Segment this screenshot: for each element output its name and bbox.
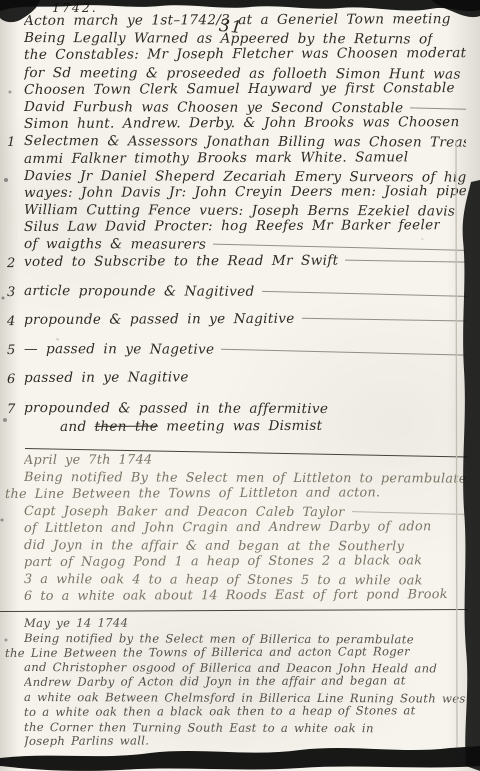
manuscript-line: Choosen Town Clerk Samuel Hayward ye fir… bbox=[24, 80, 466, 99]
manuscript-line: 6 passed in ye Nagitive bbox=[24, 368, 466, 387]
margin-number: 4 bbox=[7, 313, 16, 330]
line-text: Andrew Darby of Acton did Joyn in the af… bbox=[24, 674, 406, 690]
manuscript-line: of Littleton and John Cragin and Andrew … bbox=[24, 518, 466, 537]
manuscript-line: part of Nagog Pond 1 a heap of Stones 2 … bbox=[24, 552, 466, 571]
line-text: the Constables: Mr Joseph Fletcher was C… bbox=[24, 45, 466, 64]
edge-speck bbox=[5, 639, 8, 642]
manuscript-line: Joseph Parlins wall. bbox=[24, 732, 466, 749]
line-text: May ye 14 1744 bbox=[24, 616, 128, 631]
flourish-stroke bbox=[302, 318, 466, 322]
manuscript-line: 6 to a white oak about 14 Roods East of … bbox=[24, 586, 466, 605]
line-text: propounde & passed in ye Nagitive bbox=[24, 311, 295, 329]
line-text: the Line Between the Towns of Billerica … bbox=[5, 644, 410, 661]
line-text: 6 to a white oak about 14 Roods East of … bbox=[24, 586, 448, 605]
line-text: article propounde & Nagitived bbox=[24, 283, 255, 301]
edge-speck bbox=[3, 418, 7, 422]
manuscript-line: 5 — passed in ye Nagetive bbox=[24, 341, 466, 360]
section-april-1744-perambulation-littleton: April ye 7th 1744 Being notified By the … bbox=[24, 452, 466, 605]
margin-number: 1 bbox=[7, 134, 16, 151]
manuscript-line: the Constables: Mr Joseph Fletcher was C… bbox=[24, 45, 466, 64]
margin-number: 3 bbox=[7, 284, 16, 301]
section-divider bbox=[0, 609, 468, 612]
edge-speck bbox=[2, 297, 5, 300]
manuscript-line: 4 propounde & passed in ye Nagitive bbox=[24, 310, 466, 329]
section-may-1744-perambulation-billerica: May ye 14 1744 Being notified by the Sel… bbox=[24, 616, 466, 749]
margin-number: 2 bbox=[7, 255, 16, 272]
manuscript-line: the Line Between the Towns of Billerica … bbox=[5, 644, 466, 661]
manuscript-line: April ye 7th 1744 bbox=[24, 450, 466, 469]
line-text: April ye 7th 1744 bbox=[24, 451, 153, 469]
flourish-stroke bbox=[213, 244, 466, 251]
line-text: Joseph Parlins wall. bbox=[24, 734, 149, 749]
line-text: Acton march ye 1st–1742/3 at a Generiel … bbox=[24, 11, 451, 30]
line-text: ammi Falkner timothy Brooks mark White. … bbox=[24, 149, 408, 168]
line-text: and then the meeting was Dismist bbox=[60, 418, 323, 436]
manuscript-line: Andrew Darby of Acton did Joyn in the af… bbox=[24, 673, 466, 690]
manuscript-page: 1742. 31 Acton march ye 1st–1742/3 at a … bbox=[0, 0, 480, 771]
margin-number: 6 bbox=[7, 371, 16, 388]
line-text: passed in ye Nagitive bbox=[24, 370, 189, 388]
manuscript-line: May ye 14 1744 bbox=[24, 614, 466, 631]
edge-speck bbox=[4, 178, 8, 182]
line-text: the Line Between the Towns of Littleton … bbox=[5, 484, 380, 503]
line-text: Choosen Town Clerk Samuel Hayward ye fir… bbox=[24, 80, 455, 99]
line-text: propounded & passed in the affermitive bbox=[24, 400, 328, 418]
manuscript-line: 2 voted to Subscribe to the Read Mr Swif… bbox=[24, 252, 466, 271]
margin-number: 7 bbox=[7, 401, 16, 418]
line-text: Simon hunt. Andrew. Derby. & John Brooks… bbox=[24, 114, 460, 133]
margin-number: 5 bbox=[7, 342, 16, 359]
line-text: part of Nagog Pond 1 a heap of Stones 2 … bbox=[24, 552, 422, 571]
edge-speck bbox=[9, 91, 12, 94]
manuscript-line: wayes: John Davis Jr: John Creyin Deers … bbox=[24, 183, 466, 202]
manuscript-line: and then the meeting was Dismist bbox=[60, 417, 466, 436]
manuscript-line: ammi Falkner timothy Brooks mark White. … bbox=[24, 149, 466, 168]
line-text: of Littleton and John Cragin and Andrew … bbox=[24, 518, 432, 537]
manuscript-line: to a white oak then a black oak then to … bbox=[24, 703, 466, 720]
line-text: to a white oak then a black oak then to … bbox=[24, 703, 416, 720]
edge-speck bbox=[1, 519, 4, 522]
flourish-stroke bbox=[221, 349, 466, 356]
section-march-1742-town-meeting: Acton march ye 1st–1742/3 at a Generiel … bbox=[24, 13, 466, 436]
line-text: voted to Subscribe to the Read Mr Swift bbox=[24, 252, 338, 271]
line-text: Silus Law David Procter: hog Reefes Mr B… bbox=[24, 217, 440, 236]
flourish-stroke bbox=[352, 511, 466, 515]
flourish-stroke bbox=[345, 259, 466, 262]
manuscript-line: Silus Law David Procter: hog Reefes Mr B… bbox=[24, 217, 466, 236]
torn-edge-bottom bbox=[0, 746, 480, 771]
line-text: — passed in ye Nagetive bbox=[24, 341, 214, 359]
line-text: wayes: John Davis Jr: John Creyin Deers … bbox=[24, 183, 466, 202]
manuscript-line: Simon hunt. Andrew. Derby. & John Brooks… bbox=[24, 114, 466, 133]
line-text: of waigths & measurers bbox=[24, 236, 206, 254]
manuscript-line: Acton march ye 1st–1742/3 at a Generiel … bbox=[24, 11, 466, 30]
flourish-stroke bbox=[410, 107, 466, 109]
manuscript-line: the Line Between the Towns of Littleton … bbox=[5, 484, 466, 503]
manuscript-line: 7 propounded & passed in the affermitive bbox=[24, 400, 466, 419]
manuscript-line: 3 article propounde & Nagitived bbox=[24, 283, 466, 302]
flourish-stroke bbox=[261, 291, 465, 297]
